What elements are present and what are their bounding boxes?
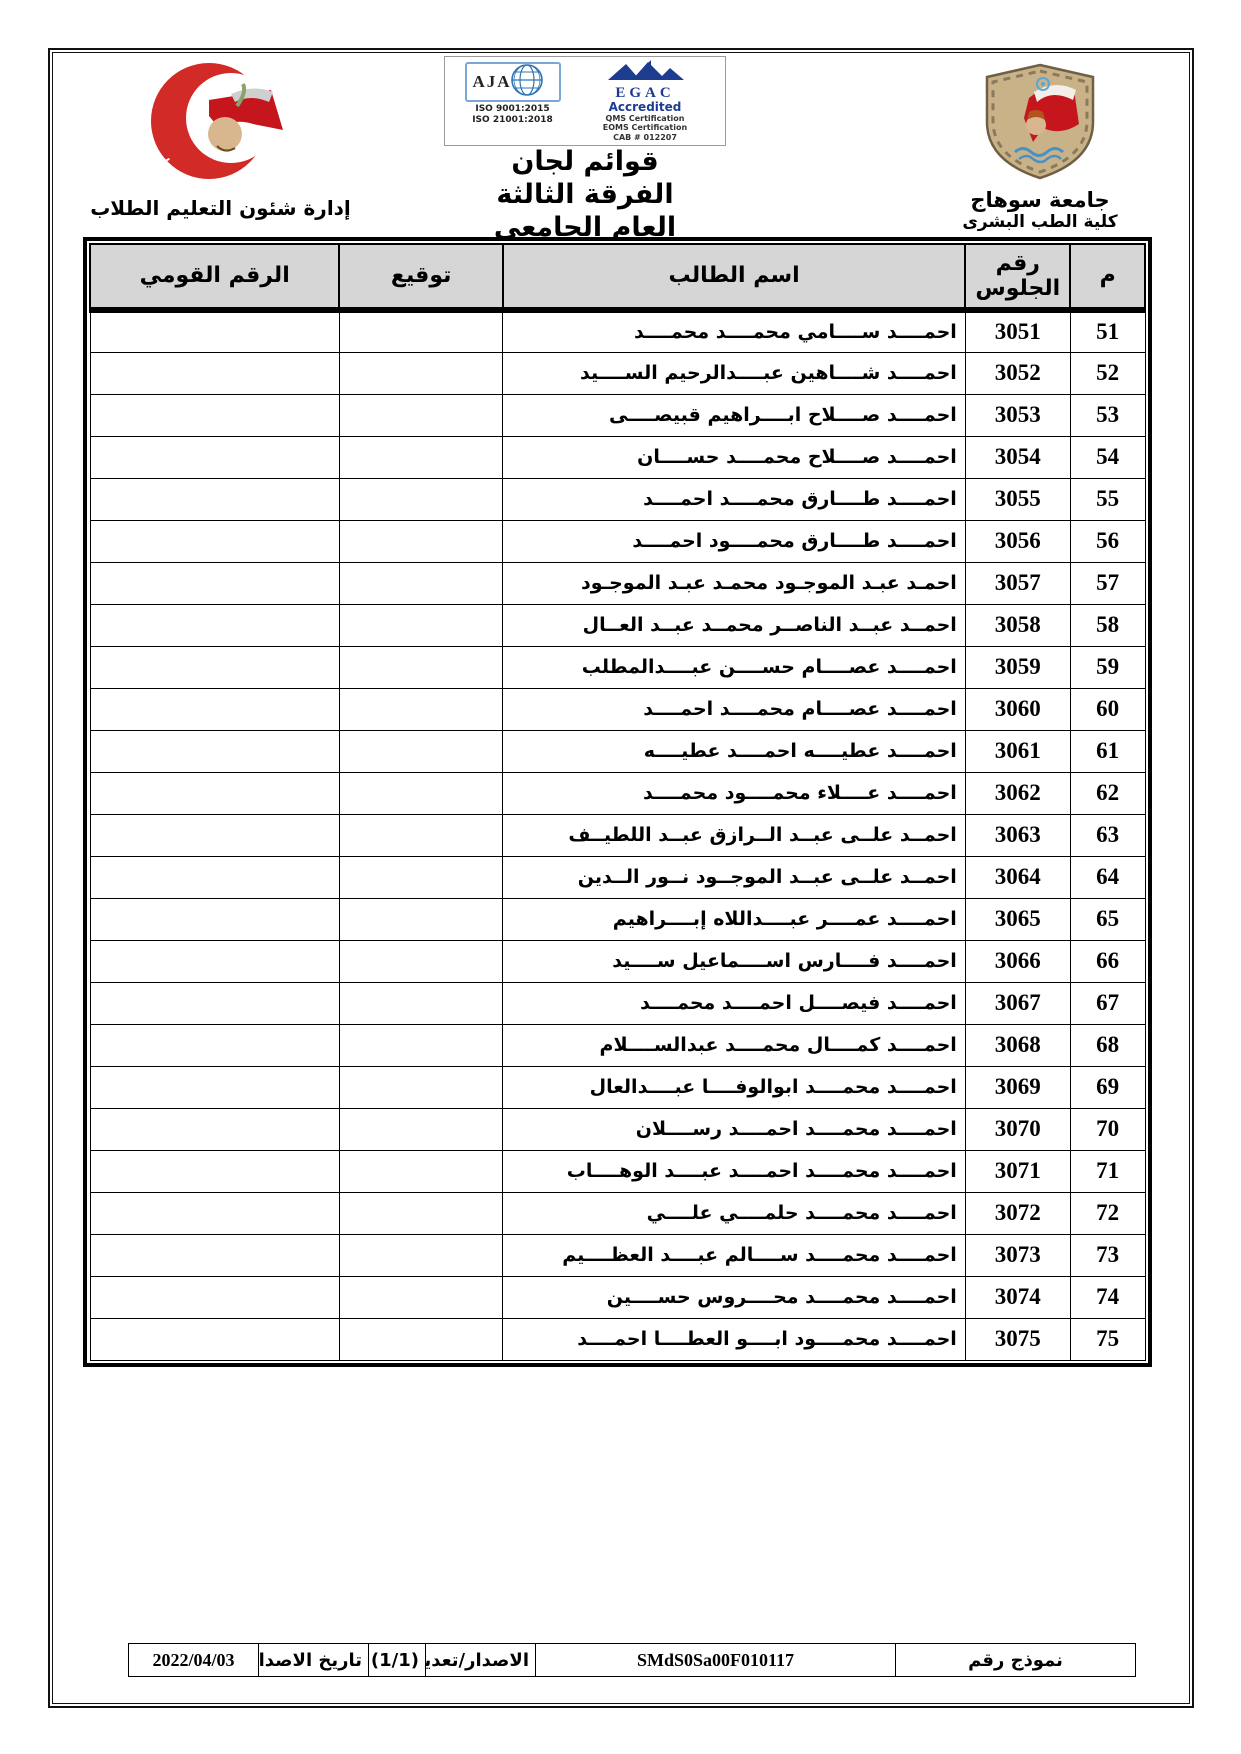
col-header-serial: م [1070,244,1145,310]
national-id-cell [90,772,339,814]
serial-cell: 59 [1070,646,1145,688]
table-row: 703070احمــــد محمــــد احمــــد رســــل… [90,1108,1145,1150]
national-id-cell [90,1276,339,1318]
university-shield-icon [979,167,1101,186]
table-row: 583058احمــد عبــد الناصــر محمــد عبــد… [90,604,1145,646]
seat-number-cell: 3066 [965,940,1070,982]
serial-cell: 62 [1070,772,1145,814]
serial-cell: 56 [1070,520,1145,562]
table-row: 513051احمــــد ســــامي محمــــد محمــــ… [90,310,1145,352]
serial-cell: 67 [1070,982,1145,1024]
table-row: 683068احمــــد كمــــال محمــــد عبدالسـ… [90,1024,1145,1066]
student-name-cell: احمــــد كمــــال محمــــد عبدالســــلام [503,1024,965,1066]
national-id-cell [90,604,339,646]
signature-cell [339,940,503,982]
student-name-cell: احمــد علــى عبــد الــرازق عبــد اللطيـ… [503,814,965,856]
national-id-cell [90,814,339,856]
seat-number-cell: 3052 [965,352,1070,394]
signature-cell [339,604,503,646]
aja-globe-icon: AJA [465,62,561,102]
student-name-cell: احمــــد محمــــود ابــــو العطــــا احم… [503,1318,965,1360]
aja-name: AJA [473,72,512,92]
national-id-cell [90,1024,339,1066]
serial-cell: 57 [1070,562,1145,604]
national-id-cell [90,1150,339,1192]
students-table-wrap: م رقم الجلوس اسم الطالب توقيع الرقم القو… [83,237,1152,1367]
signature-cell [339,730,503,772]
seat-number-cell: 3061 [965,730,1070,772]
student-name-cell: احمــــد محمــــد ابوالوفــــا عبــــدال… [503,1066,965,1108]
signature-cell [339,1276,503,1318]
seat-number-cell: 3069 [965,1066,1070,1108]
student-name-cell: احمــد علــى عبــد الموجــود نــور الــد… [503,856,965,898]
aja-iso-line: ISO 9001:2015 [458,104,568,115]
seat-number-cell: 3058 [965,604,1070,646]
seat-number-cell: 3072 [965,1192,1070,1234]
table-row: 693069احمــــد محمــــد ابوالوفــــا عبـ… [90,1066,1145,1108]
seat-number-cell: 3056 [965,520,1070,562]
seat-number-cell: 3073 [965,1234,1070,1276]
national-id-cell [90,646,339,688]
seat-number-cell: 3063 [965,814,1070,856]
national-id-cell [90,1066,339,1108]
col-header-signature: توقيع [339,244,503,310]
signature-cell [339,436,503,478]
footer-row: نموذج رقم SMdS0Sa00F010117 الاصدار/تعديل… [129,1644,1136,1677]
serial-cell: 75 [1070,1318,1145,1360]
seat-number-cell: 3055 [965,478,1070,520]
signature-cell [339,982,503,1024]
grade-title: الفرقة الثالثة [420,179,750,212]
student-name-cell: احمــــد محمــــد حلمــــي علــــي [503,1192,965,1234]
student-name-cell: احمــــد صــــلاح ابــــراهيم قبيصــــى [503,394,965,436]
egac-cert-line: QMS Certification [578,114,713,123]
col-header-name: اسم الطالب [503,244,965,310]
national-id-cell [90,1318,339,1360]
certification-box: EGAC Accredited QMS Certification EOMS C… [444,56,726,146]
signature-cell [339,646,503,688]
national-id-cell [90,898,339,940]
seat-number-cell: 3053 [965,394,1070,436]
national-id-cell [90,394,339,436]
header-right-block: جامعة سوهاج كلية الطب البشرى [940,62,1140,232]
signature-cell [339,1108,503,1150]
signature-cell [339,688,503,730]
serial-cell: 64 [1070,856,1145,898]
serial-cell: 70 [1070,1108,1145,1150]
signature-cell [339,1150,503,1192]
national-id-cell [90,352,339,394]
national-id-cell [90,730,339,772]
signature-cell [339,520,503,562]
serial-cell: 53 [1070,394,1145,436]
footer-date-label: تاريخ الاصدار [259,1644,369,1677]
signature-cell [339,1318,503,1360]
seat-number-cell: 3064 [965,856,1070,898]
serial-cell: 52 [1070,352,1145,394]
aja-logo: AJA ISO 9001:2015 ISO 21001:2018 [458,60,568,142]
serial-cell: 71 [1070,1150,1145,1192]
faculty-name: كلية الطب البشرى [940,212,1140,232]
student-name-cell: احمــــد عصــــام حســــن عبــــدالمطلب [503,646,965,688]
footer-form-code: SMdS0Sa00F010117 [536,1644,896,1677]
student-table-body: 513051احمــــد ســــامي محمــــد محمــــ… [90,310,1145,1360]
svg-text:كلية الطب: كلية الطب [113,155,172,185]
seat-number-cell: 3062 [965,772,1070,814]
table-row: 563056احمــــد طــــارق محمــــود احمـــ… [90,520,1145,562]
serial-cell: 69 [1070,1066,1145,1108]
university-name: جامعة سوهاج [940,188,1140,212]
national-id-cell [90,940,339,982]
signature-cell [339,562,503,604]
table-row: 523052احمــــد شــــاهين عبــــدالرحيم ا… [90,352,1145,394]
serial-cell: 51 [1070,310,1145,352]
student-name-cell: احمــــد محمــــد احمــــد رســــلان [503,1108,965,1150]
serial-cell: 61 [1070,730,1145,772]
serial-cell: 66 [1070,940,1145,982]
signature-cell [339,856,503,898]
signature-cell [339,394,503,436]
col-header-national-id: الرقم القومي [90,244,339,310]
national-id-cell [90,1192,339,1234]
national-id-cell [90,520,339,562]
student-name-cell: احمــــد محمــــد احمــــد عبــــد الوهـ… [503,1150,965,1192]
student-name-cell: احمــــد محمــــد ســــالم عبــــد العظـ… [503,1234,965,1276]
seat-number-cell: 3057 [965,562,1070,604]
serial-cell: 73 [1070,1234,1145,1276]
document-page: جامعة سوهاج كلية الطب البشرى جامعة سوهاج… [0,0,1241,1754]
table-row: 643064احمــد علــى عبــد الموجــود نــور… [90,856,1145,898]
table-row: 623062احمــــد عــــلاء محمــــود محمـــ… [90,772,1145,814]
seat-number-cell: 3065 [965,898,1070,940]
signature-cell [339,1234,503,1276]
national-id-cell [90,982,339,1024]
footer-table: نموذج رقم SMdS0Sa00F010117 الاصدار/تعديل… [128,1643,1136,1677]
table-header-row: م رقم الجلوس اسم الطالب توقيع الرقم القو… [90,244,1145,310]
seat-number-cell: 3060 [965,688,1070,730]
crescent-logo-icon: جامعة سوهاج كلية الطب [113,175,328,194]
signature-cell [339,1066,503,1108]
signature-cell [339,772,503,814]
seat-number-cell: 3051 [965,310,1070,352]
table-row: 543054احمــــد صــــلاح محمــــد حســــا… [90,436,1145,478]
serial-cell: 55 [1070,478,1145,520]
table-row: 753075احمــــد محمــــود ابــــو العطـــ… [90,1318,1145,1360]
seat-number-cell: 3071 [965,1150,1070,1192]
student-name-cell: احمــــد محمــــد محــــروس حســــين [503,1276,965,1318]
table-row: 723072احمــــد محمــــد حلمــــي علــــي [90,1192,1145,1234]
student-name-cell: احمــــد فيصــــل احمــــد محمــــد [503,982,965,1024]
serial-cell: 72 [1070,1192,1145,1234]
footer-issue-value: (1/1) [369,1644,426,1677]
egac-logo: EGAC Accredited QMS Certification EOMS C… [578,60,713,142]
serial-cell: 68 [1070,1024,1145,1066]
egac-name: EGAC [578,86,713,101]
table-row: 633063احمــد علــى عبــد الــرازق عبــد … [90,814,1145,856]
col-header-seat: رقم الجلوس [965,244,1070,310]
aja-iso-line: ISO 21001:2018 [458,115,568,126]
table-row: 743074احمــــد محمــــد محــــروس حســــ… [90,1276,1145,1318]
student-name-cell: احمــــد عــــلاء محمــــود محمــــد [503,772,965,814]
seat-number-cell: 3075 [965,1318,1070,1360]
table-row: 733073احمــــد محمــــد ســــالم عبــــد… [90,1234,1145,1276]
national-id-cell [90,478,339,520]
national-id-cell [90,310,339,352]
seat-number-cell: 3068 [965,1024,1070,1066]
student-name-cell: احمــــد فــــارس اســــماعيل ســــيد [503,940,965,982]
student-name-cell: احمــــد عصــــام محمــــد احمــــد [503,688,965,730]
student-name-cell: احمــــد طــــارق محمــــود احمــــد [503,520,965,562]
footer-date-value: 2022/04/03 [129,1644,259,1677]
egac-mountains-icon [602,60,688,82]
table-row: 553055احمــــد طــــارق محمــــد احمــــ… [90,478,1145,520]
serial-cell: 54 [1070,436,1145,478]
table-row: 603060احمــــد عصــــام محمــــد احمــــ… [90,688,1145,730]
egac-cert-line: EOMS Certification [578,123,713,132]
signature-cell [339,1024,503,1066]
table-row: 663066احمــــد فــــارس اســــماعيل ســـ… [90,940,1145,982]
serial-cell: 60 [1070,688,1145,730]
table-row: 713071احمــــد محمــــد احمــــد عبــــد… [90,1150,1145,1192]
national-id-cell [90,562,339,604]
student-name-cell: احمــــد ســــامي محمــــد محمــــد [503,310,965,352]
student-name-cell: احمــــد شــــاهين عبــــدالرحيم الســــ… [503,352,965,394]
national-id-cell [90,856,339,898]
signature-cell [339,310,503,352]
department-name: إدارة شئون التعليم الطلاب [88,196,353,220]
seat-number-cell: 3074 [965,1276,1070,1318]
student-name-cell: احمــــد صــــلاح محمــــد حســــان [503,436,965,478]
serial-cell: 63 [1070,814,1145,856]
signature-cell [339,814,503,856]
signature-cell [339,898,503,940]
footer-form-label: نموذج رقم [896,1644,1136,1677]
serial-cell: 58 [1070,604,1145,646]
national-id-cell [90,1234,339,1276]
signature-cell [339,1192,503,1234]
table-row: 533053احمــــد صــــلاح ابــــراهيم قبيص… [90,394,1145,436]
table-row: 673067احمــــد فيصــــل احمــــد محمــــ… [90,982,1145,1024]
serial-cell: 65 [1070,898,1145,940]
national-id-cell [90,436,339,478]
student-name-cell: احمــد عبــد الناصــر محمــد عبــد العــ… [503,604,965,646]
seat-number-cell: 3070 [965,1108,1070,1150]
seat-number-cell: 3054 [965,436,1070,478]
signature-cell [339,352,503,394]
student-name-cell: احمـد عبـد الموجـود محمـد عبـد الموجـود [503,562,965,604]
serial-cell: 74 [1070,1276,1145,1318]
egac-accredited: Accredited [578,101,713,114]
svg-text:جامعة سوهاج: جامعة سوهاج [113,88,153,149]
seat-number-cell: 3059 [965,646,1070,688]
table-row: 653065احمــــد عمــــر عبــــداللاه إبــ… [90,898,1145,940]
student-name-cell: احمــــد طــــارق محمــــد احمــــد [503,478,965,520]
national-id-cell [90,1108,339,1150]
table-row: 573057احمـد عبـد الموجـود محمـد عبـد الم… [90,562,1145,604]
student-name-cell: احمــــد عطيــــه احمــــد عطيــــه [503,730,965,772]
signature-cell [339,478,503,520]
footer-issue-label: الاصدار/تعديل [426,1644,536,1677]
table-row: 593059احمــــد عصــــام حســــن عبــــدا… [90,646,1145,688]
table-row: 613061احمــــد عطيــــه احمــــد عطيــــ… [90,730,1145,772]
students-table: م رقم الجلوس اسم الطالب توقيع الرقم القو… [89,243,1146,1361]
seat-number-cell: 3067 [965,982,1070,1024]
national-id-cell [90,688,339,730]
header-left-block: جامعة سوهاج كلية الطب إدارة شئون التعليم… [88,58,353,220]
student-name-cell: احمــــد عمــــر عبــــداللاه إبــــراهي… [503,898,965,940]
egac-cert-line: CAB # 012207 [578,133,713,142]
document-title: قوائم لجان [420,146,750,179]
